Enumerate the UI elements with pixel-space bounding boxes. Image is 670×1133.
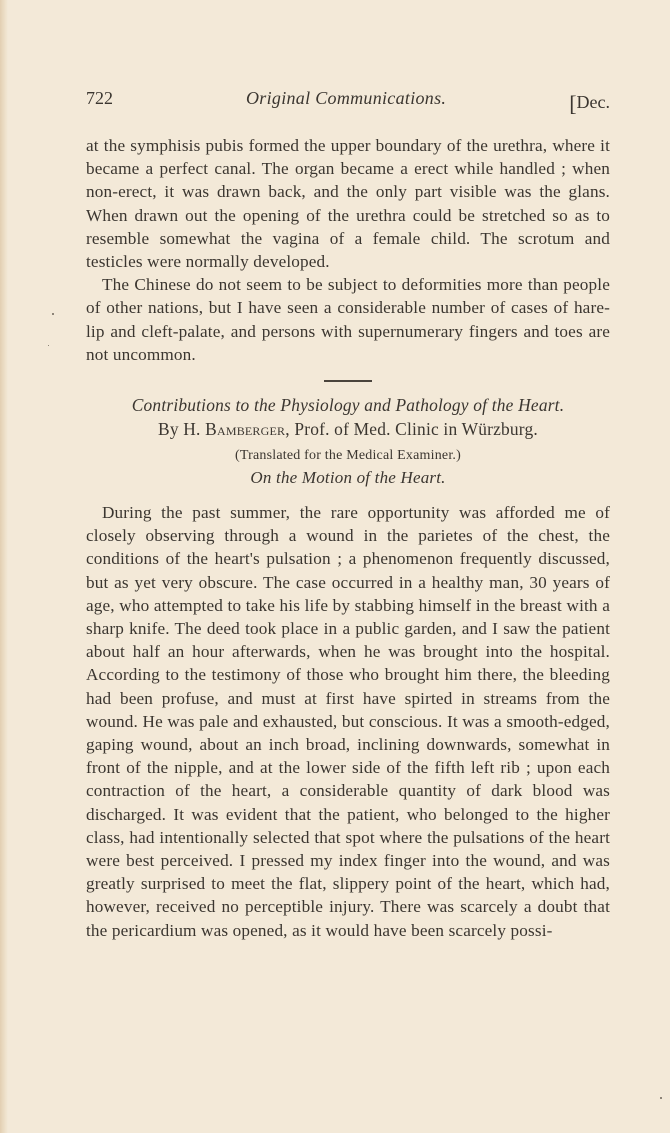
continued-text: at the symphisis pubis formed the upper …: [86, 134, 610, 366]
translation-note: (Translated for the Medical Examiner.): [86, 445, 610, 467]
running-date: [Dec.: [569, 88, 610, 114]
article-title: Contributions to the Physiology and Path…: [86, 394, 610, 417]
journal-page: 722 Original Communications. [Dec. at th…: [86, 88, 610, 942]
paper-speck: [660, 1097, 662, 1099]
article-body: During the past summer, the rare opportu…: [86, 501, 610, 942]
paragraph: at the symphisis pubis formed the upper …: [86, 134, 610, 273]
byline: By H. Bamberger, Prof. of Med. Clinic in…: [86, 417, 610, 442]
bracket-glyph: [: [569, 91, 576, 116]
page-binding-edge: [0, 0, 8, 1133]
paper-speck: [52, 313, 54, 315]
month-label: Dec.: [577, 92, 610, 112]
author-surname: Bamberger: [205, 419, 285, 439]
paragraph: During the past summer, the rare opportu…: [86, 501, 610, 942]
running-title: Original Communications.: [246, 88, 446, 109]
running-head: 722 Original Communications. [Dec.: [86, 88, 610, 114]
byline-prefix: By H.: [158, 419, 205, 439]
paragraph: The Chinese do not seem to be subject to…: [86, 273, 610, 366]
section-divider: [324, 380, 372, 382]
page-number: 722: [86, 88, 113, 109]
article-subtitle: On the Motion of the Heart.: [86, 467, 610, 489]
byline-affiliation: , Prof. of Med. Clinic in Würzburg.: [285, 419, 538, 439]
paper-speck: [48, 345, 49, 346]
